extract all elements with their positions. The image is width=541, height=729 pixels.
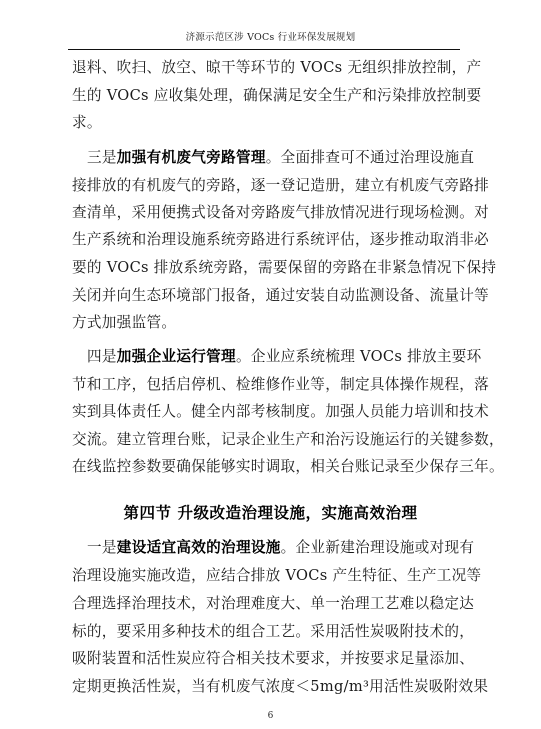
bold-topic: 加强有机废气旁路管理 <box>117 149 266 166</box>
paragraph-line: 关闭并向生态环境部门报备，通过安装自动监测设备、流量计等 <box>72 287 468 305</box>
paragraph-line: 吸附装置和活性炭应符合相关技术要求，并按要求足量添加、 <box>72 650 468 668</box>
paragraph-lead: 三是 <box>87 149 117 166</box>
paragraph-line: 生的 VOCs 应收集处理，确保满足安全生产和污染排放控制要 <box>72 87 468 105</box>
header-rule <box>68 49 460 50</box>
paragraph-text: 。全面排查可不通过治理设施直 <box>266 149 475 166</box>
paragraph-lead: 一是 <box>87 539 117 556</box>
paragraph-line: 退料、吹扫、放空、晾干等环节的 VOCs 无组织排放控制，产 <box>72 59 468 77</box>
paragraph-text: 。企业应系统梳理 VOCs 排放主要环 <box>236 348 482 365</box>
paragraph-line: 在线监控参数要确保能够实时调取，相关台账记录至少保存三年。 <box>72 458 468 476</box>
page-number: 6 <box>0 711 541 721</box>
paragraph-lead: 四是 <box>87 348 117 365</box>
paragraph-line: 查清单，采用便携式设备对旁路废气排放情况进行现场检测。对 <box>72 204 468 222</box>
paragraph-line: 要的 VOCs 排放系统旁路，需要保留的旁路在非紧急情况下保持 <box>72 259 468 277</box>
paragraph-line: 合理选择治理技术，对治理难度大、单一治理工艺难以稳定达 <box>72 595 468 613</box>
paragraph-line: 治理设施实施改造，应结合排放 VOCs 产生特征、生产工况等 <box>72 567 468 585</box>
paragraph-line: 生产系统和治理设施系统旁路进行系统评估，逐步推动取消非必 <box>72 231 468 249</box>
paragraph-line: 节和工序，包括启停机、检维修作业等，制定具体操作规程，落 <box>72 376 468 394</box>
bold-topic: 建设适宜高效的治理设施 <box>117 539 281 556</box>
paragraph-line: 实到具体责任人。健全内部考核制度。加强人员能力培训和技术 <box>72 403 468 421</box>
paragraph-line: 接排放的有机废气的旁路，逐一登记造册，建立有机废气旁路排 <box>72 177 468 195</box>
document-title: 济源示范区涉 VOCs 行业环保发展规划 <box>0 29 541 43</box>
section-heading: 第四节 升级改造治理设施，实施高效治理 <box>0 501 541 523</box>
bold-topic: 加强企业运行管理 <box>117 348 236 365</box>
paragraph-line: 标的，要采用多种技术的组合工艺。采用活性炭吸附技术的， <box>72 623 468 641</box>
paragraph-first-line: 三是加强有机废气旁路管理。全面排查可不通过治理设施直 <box>87 149 468 167</box>
paragraph-first-line: 四是加强企业运行管理。企业应系统梳理 VOCs 排放主要环 <box>87 348 468 366</box>
paragraph-text: 。企业新建治理设施或对现有 <box>281 539 475 556</box>
paragraph-first-line: 一是建设适宜高效的治理设施。企业新建治理设施或对现有 <box>87 539 468 557</box>
paragraph-line: 方式加强监管。 <box>72 314 468 332</box>
paragraph-line: 定期更换活性炭，当有机废气浓度＜5mg/m³用活性炭吸附效果 <box>72 678 468 696</box>
paragraph-line: 求。 <box>72 114 468 132</box>
paragraph-line: 交流。建立管理台账，记录企业生产和治污设施运行的关键参数， <box>72 431 468 449</box>
